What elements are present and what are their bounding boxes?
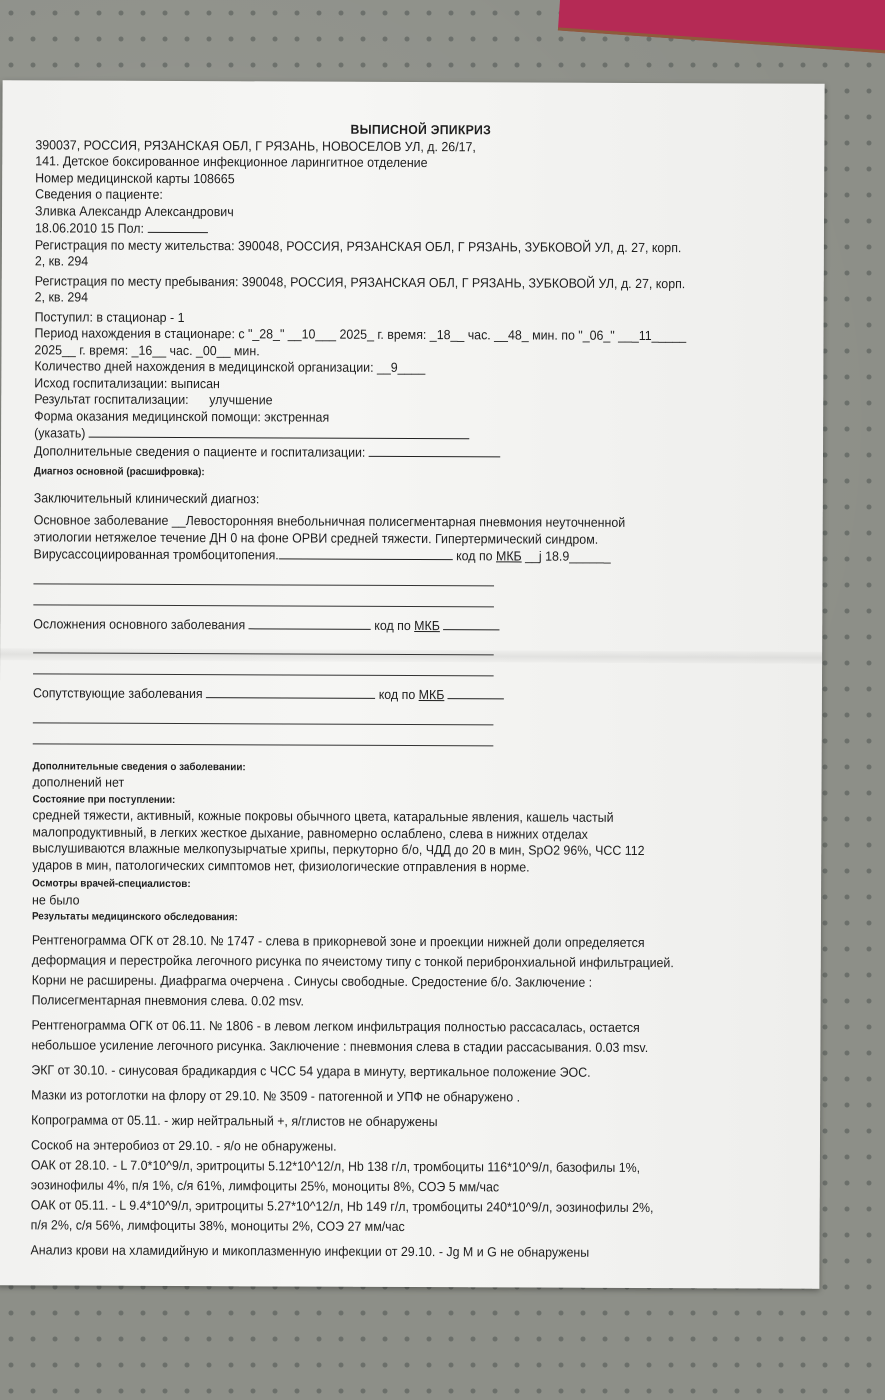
- discharge-summary-sheet: ВЫПИСНОЙ ЭПИКРИЗ 390037, РОССИЯ, РЯЗАНСК…: [0, 80, 825, 1289]
- chlamydia-mycoplasma-result: Анализ крови на хламидийную и микоплазме…: [30, 1240, 763, 1263]
- comorbidities-row: Сопутствующие заболевания код по МКБ: [33, 684, 766, 705]
- blank-line: [33, 584, 494, 607]
- xray-1-cont: деформация и перестройка легочного рисун…: [32, 950, 765, 973]
- residence-registration-cont: 2, кв. 294: [35, 253, 768, 273]
- admission-state-line: ударов в мин, патологических симптомов н…: [32, 857, 765, 877]
- enterobiasis-result: Соскоб на энтеробиоз от 29.10. - я/о не …: [31, 1135, 764, 1158]
- main-disease-icd: Вирусассоциированная тромбоцитопения. ко…: [34, 545, 767, 566]
- stay-registration: Регистрация по месту пребывания: 390048,…: [35, 273, 768, 293]
- xray-2-cont: небольшое усиление легочного рисунка. За…: [31, 1035, 764, 1058]
- xray-2: Рентгенограмма ОГК от 06.11. № 1806 - в …: [31, 1015, 764, 1038]
- blank-line: [33, 653, 494, 676]
- cbc-2-cont: п/я 2%, с/я 56%, лимфоциты 38%, моноциты…: [31, 1215, 764, 1238]
- results-header: Результаты медицинского обследования:: [32, 908, 765, 928]
- xray-1-cont: Полисегментарная пневмония слева. 0.02 m…: [32, 990, 765, 1013]
- cbc-2: ОАК от 05.11. - L 9.4*10^9/л, эритроциты…: [31, 1195, 764, 1218]
- final-diagnosis-label: Заключительный клинический диагноз:: [34, 490, 767, 510]
- blank-line: [33, 563, 494, 586]
- cbc-1-cont: эозинофилы 4%, п/я 1%, с/я 61%, лимфоцит…: [31, 1175, 764, 1198]
- cbc-1: ОАК от 28.10. - L 7.0*10^9/л, эритроциты…: [31, 1155, 764, 1178]
- xray-1: Рентгенограмма ОГК от 28.10. № 1747 - сл…: [32, 930, 765, 953]
- complications-row: Осложнения основного заболевания код по …: [33, 615, 766, 636]
- stay-registration-cont: 2, кв. 294: [35, 289, 768, 309]
- ecg-result: ЭКГ от 30.10. - синусовая брадикардия с …: [31, 1060, 764, 1083]
- document-body: ВЫПИСНОЙ ЭПИКРИЗ 390037, РОССИЯ, РЯЗАНСК…: [30, 120, 768, 1263]
- icd-code-value: __j 18.9______: [525, 548, 611, 563]
- additional-disease-header: Дополнительные сведения о заболевании:: [33, 758, 766, 778]
- blank-line: [33, 702, 494, 725]
- sex-blank: [147, 220, 207, 233]
- specialists-header: Осмотры врачей-специалистов:: [32, 875, 765, 895]
- blank-line: [33, 632, 494, 655]
- throat-swab-result: Мазки из ротоглотки на флору от 29.10. №…: [31, 1085, 764, 1108]
- additional-patient-info: Дополнительные сведения о пациенте и гос…: [34, 442, 767, 463]
- blank-line: [33, 723, 494, 746]
- residence-registration: Регистрация по месту жительства: 390048,…: [35, 237, 768, 257]
- diagnosis-header: Диагноз основной (расшифровка):: [34, 463, 767, 483]
- xray-1-cont: Корни не расширены. Диафрагма очерчена .…: [32, 970, 765, 993]
- coprogram-result: Копрограмма от 05.11. - жир нейтральный …: [31, 1110, 764, 1133]
